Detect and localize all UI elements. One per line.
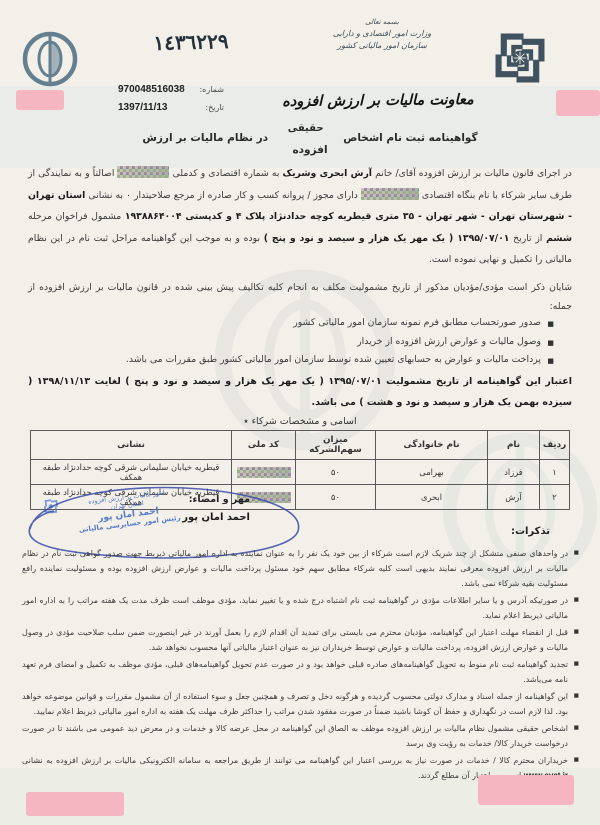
validity-paragraph: اعتبار این گواهینامه از تاریخ مشمولیت ۱۳… [28, 371, 572, 413]
redaction-box [16, 90, 64, 110]
note-item: در واحدهای صنفی متشکل از چند شریک لازم ا… [22, 546, 579, 591]
page-title: گواهینامه ثبت نام اشخاص حقیقی در نظام ما… [140, 132, 480, 156]
organization-name: سازمان امور مالیاتی کشور [322, 41, 442, 50]
date-label: تاریخ: [205, 103, 224, 112]
redaction-box [478, 775, 574, 805]
date-value: 1397/11/13 [118, 102, 168, 113]
signature-printed: مهر و امضاء: احمد امان پور [140, 494, 250, 523]
cell-last-name: بهرامی [376, 460, 488, 485]
handwritten-number: ١٤٣٦٢٢٩ [126, 28, 257, 55]
signatory-name: احمد امان پور [140, 512, 250, 523]
intro-seg: از تاریخ [513, 233, 542, 244]
col-share: میزان سهم‌الشرکه [296, 431, 376, 460]
cell-share: ۵۰ [296, 485, 376, 510]
intro-seg: به شماره اقتصادی و کدملی [173, 168, 280, 179]
col-address: نشانی [31, 431, 232, 460]
table-header-row: ردیف نام نام خانوادگی میزان سهم‌الشرکه ک… [31, 431, 570, 460]
person-type: حقیقی [288, 123, 324, 134]
cell-first-name: فرزاد [488, 460, 540, 485]
col-last-name: نام خانوادگی [376, 431, 488, 460]
seal-signature-label: مهر و امضاء: [140, 494, 250, 505]
number-value: 970048516038 [118, 84, 185, 95]
ministry-name: وزارت امور اقتصادی و دارایی [322, 29, 442, 38]
redacted-national-id [237, 467, 291, 478]
note-url-prefix: خریداران محترم کالا / خدمات در صورت نیاز… [22, 756, 568, 765]
cell-address: قیطریه خیابان سلیمانی شرقی کوچه حدادنژاد… [31, 460, 232, 485]
table-caption: اسامی و مشخصات شرکاء ٭ [0, 416, 600, 427]
notes-heading: تذکرات: [511, 526, 550, 537]
cell-last-name: ابحری [376, 485, 488, 510]
obligation-item: وصول مالیات و عوارض ارزش افزوده از خریدا… [46, 333, 554, 352]
cell-national-id [232, 460, 296, 485]
note-item: این گواهینامه از جمله اسناد و مدارک دولت… [22, 689, 579, 719]
col-first-name: نام [488, 431, 540, 460]
notes-list: در واحدهای صنفی متشکل از چند شریک لازم ا… [22, 546, 579, 785]
note-item: تجدید گواهینامه ثبت نام منوط به تحویل گو… [22, 657, 579, 687]
intro-seg: مشمول فراخوان مرحله [28, 211, 121, 222]
bismillah-text: بسمه تعالی [322, 18, 442, 26]
stamp-emblem-icon [42, 497, 60, 515]
ministry-header: بسمه تعالی وزارت امور اقتصادی و دارایی س… [322, 18, 442, 50]
cell-index: ۱ [540, 460, 570, 485]
note-item: در صورتیکه آدرس و یا سایر اطلاعات مؤدی د… [22, 593, 579, 623]
note-item: قبل از انقضاء مهلت اعتبار این گواهینامه،… [22, 625, 579, 655]
title-part1: گواهینامه ثبت نام اشخاص [343, 132, 477, 144]
redacted-national-code [117, 166, 169, 178]
title-part2: در نظام مالیات بر ارزش افزوده [142, 132, 327, 156]
number-label: شماره: [199, 85, 224, 94]
number-date-block: شماره: 970048516038 تاریخ: 1397/11/13 [118, 84, 224, 120]
call-stage: ششم [546, 233, 572, 244]
intro-paragraph: در اجرای قانون مالیات بر ارزش افزوده آقا… [28, 163, 572, 271]
date-row: تاریخ: 1397/11/13 [118, 102, 224, 113]
cell-share: ۵۰ [296, 460, 376, 485]
col-national-id: کد ملی [232, 431, 296, 460]
obligation-item: پرداخت مالیات و عوارض به حسابهای تعیین ش… [46, 351, 554, 370]
inclusion-date: ۱۳۹۵/۰۷/۰۱ ( یک مهر یک هزار و سیصد و نود… [264, 233, 510, 244]
deputy-title: معاونت مالیات بر ارزش افزوده [278, 91, 478, 110]
redaction-box [556, 90, 600, 116]
obligations-list: صدور صورتحساب مطابق فرم نمونه سازمان امو… [46, 314, 554, 370]
cell-first-name: آرش [488, 485, 540, 510]
cell-index: ۲ [540, 485, 570, 510]
obligations-lead: شایان ذکر است مؤدی/مؤدیان مذکور از تاریخ… [28, 278, 572, 316]
certificate-document: ١٤٣٦٢٢٩ بسمه تعالی وزارت امور اقتصادی و … [0, 0, 600, 825]
taxpayer-name: آرش ابحری وشریک [283, 168, 372, 179]
redaction-box [26, 792, 124, 816]
tax-organization-emblem-icon [492, 30, 548, 86]
obligation-item: صدور صورتحساب مطابق فرم نمونه سازمان امو… [46, 314, 554, 333]
note-item: اشخاص حقیقی مشمول نظام مالیات بر ارزش اف… [22, 721, 579, 751]
col-index: ردیف [540, 431, 570, 460]
circle-bar-logo-icon [20, 26, 80, 92]
intro-seg: در اجرای قانون مالیات بر ارزش افزوده آقا… [375, 168, 572, 179]
intro-seg: دارای مجوز / پروانه کسب و کار صادره از م… [88, 190, 357, 201]
number-row: شماره: 970048516038 [118, 84, 224, 95]
table-row: ۱ فرزاد بهرامی ۵۰ قیطریه خیابان سلیمانی … [31, 460, 570, 485]
redacted-business-name [361, 188, 419, 200]
